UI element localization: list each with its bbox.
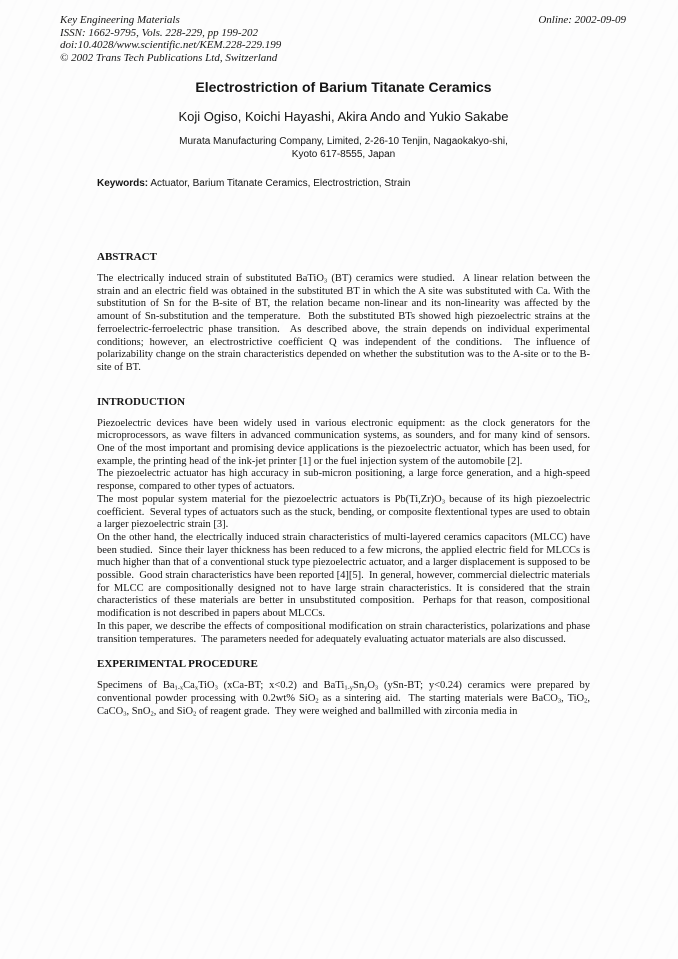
- journal-doi-line: doi:10.4028/www.scientific.net/KEM.228-2…: [60, 39, 281, 52]
- affiliation-block: Murata Manufacturing Company, Limited, 2…: [97, 135, 590, 161]
- abstract-paragraph: The electrically induced strain of subst…: [97, 273, 590, 375]
- journal-title: Key Engineering Materials: [60, 14, 281, 27]
- journal-header: Key Engineering Materials ISSN: 1662-979…: [60, 14, 626, 64]
- experimental-heading: EXPERIMENTAL PROCEDURE: [97, 658, 590, 671]
- online-date: Online: 2002-09-09: [538, 14, 626, 27]
- journal-copyright-line: © 2002 Trans Tech Publications Ltd, Swit…: [60, 52, 281, 65]
- keywords-label: Keywords:: [97, 178, 148, 189]
- journal-issn-line: ISSN: 1662-9795, Vols. 228-229, pp 199-2…: [60, 27, 281, 40]
- paper-content: Electrostriction of Barium Titanate Cera…: [0, 0, 678, 718]
- introduction-body: Piezoelectric devices have been widely u…: [97, 418, 590, 647]
- introduction-paragraph-5: In this paper, we describe the effects o…: [97, 621, 590, 646]
- keywords-line: Keywords: Actuator, Barium Titanate Cera…: [97, 178, 590, 190]
- introduction-paragraph-2: The piezoelectric actuator has high accu…: [97, 468, 590, 493]
- affiliation-line-2: Kyoto 617-8555, Japan: [97, 148, 590, 161]
- journal-info-block: Key Engineering Materials ISSN: 1662-979…: [60, 14, 281, 64]
- keywords-list: Actuator, Barium Titanate Ceramics, Elec…: [150, 178, 410, 189]
- introduction-paragraph-1: Piezoelectric devices have been widely u…: [97, 418, 590, 469]
- experimental-paragraph-1: Specimens of Ba1-xCaxTiO3 (xCa-BT; x<0.2…: [97, 680, 590, 718]
- introduction-heading: INTRODUCTION: [97, 396, 590, 409]
- paper-page: Key Engineering Materials ISSN: 1662-979…: [0, 0, 678, 959]
- abstract-heading: ABSTRACT: [97, 251, 590, 264]
- authors-line: Koji Ogiso, Koichi Hayashi, Akira Ando a…: [97, 109, 590, 124]
- introduction-paragraph-4: On the other hand, the electrically indu…: [97, 532, 590, 621]
- affiliation-line-1: Murata Manufacturing Company, Limited, 2…: [97, 135, 590, 148]
- paper-title: Electrostriction of Barium Titanate Cera…: [97, 79, 590, 95]
- introduction-paragraph-3: The most popular system material for the…: [97, 494, 590, 532]
